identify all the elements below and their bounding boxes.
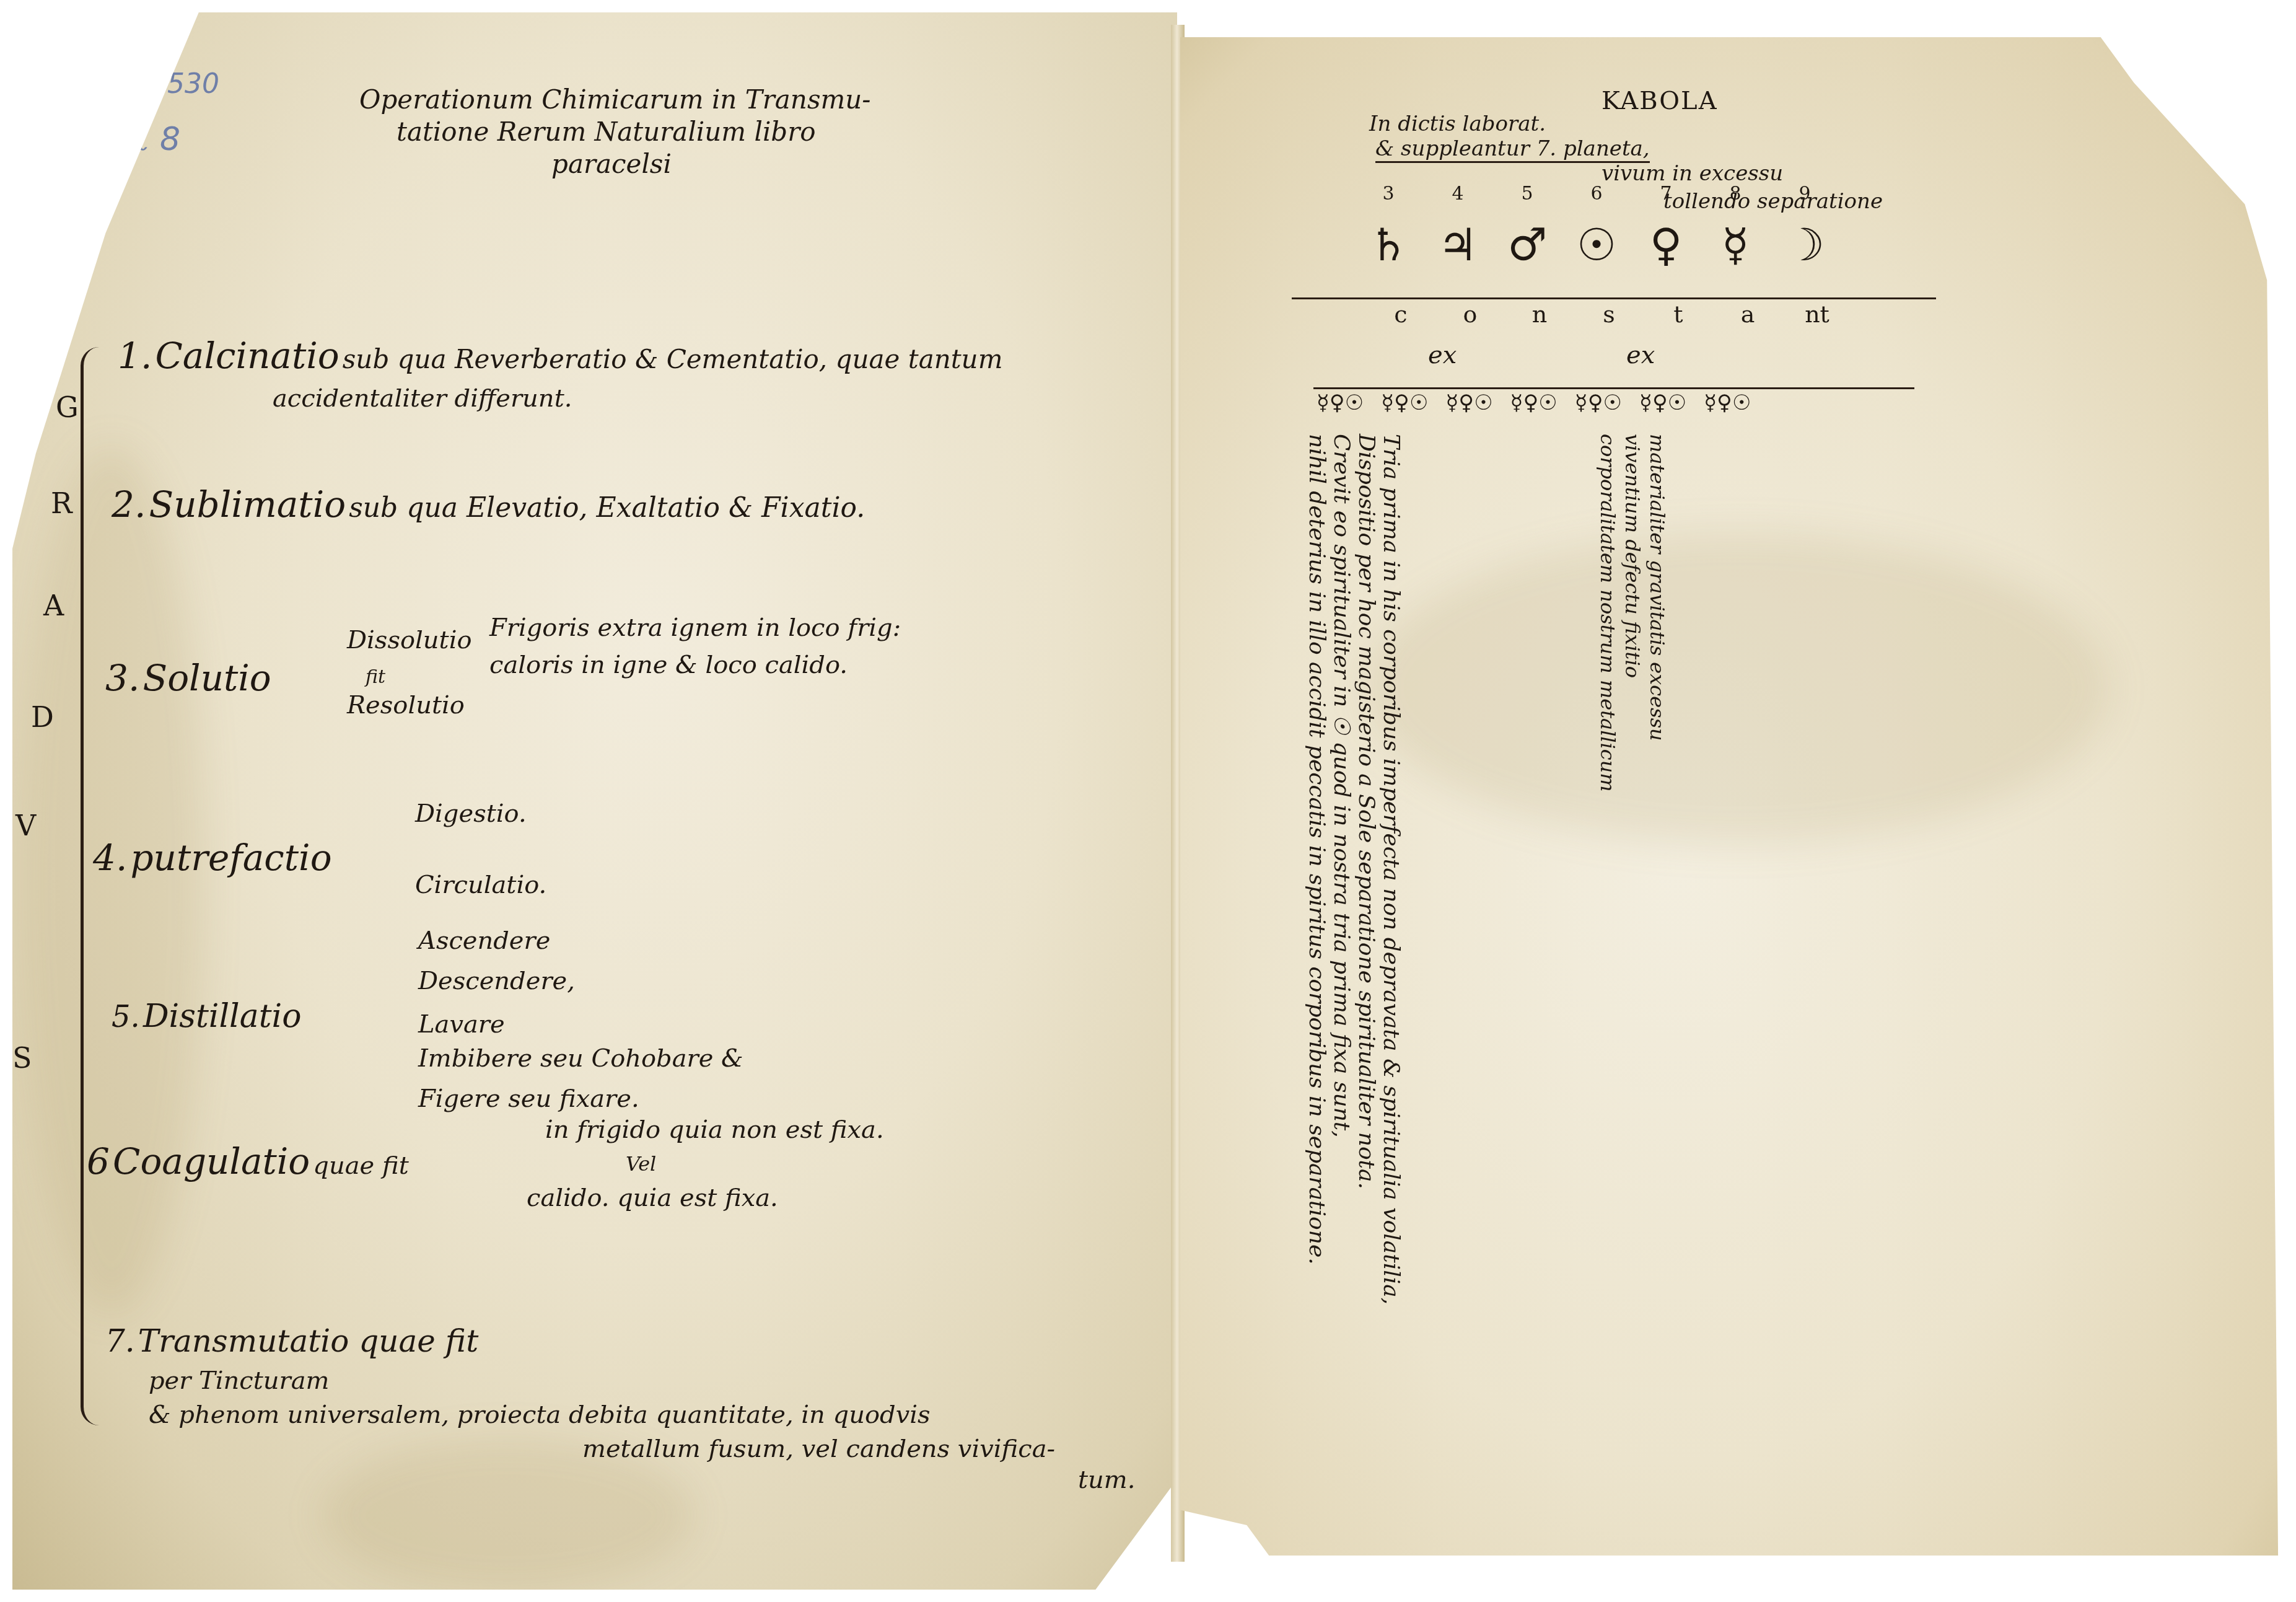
step-3-detail-2: caloris in igne & loco calido. — [489, 651, 848, 679]
step-number: 4. — [93, 837, 127, 879]
step-number: 7. — [105, 1323, 135, 1359]
triad-bracket — [1313, 387, 1914, 389]
grade-brace — [81, 347, 108, 1425]
letter: nt — [1782, 301, 1852, 328]
vertical-line: corporalitatem nostrum metallicum — [1595, 434, 1620, 792]
triad-group: ☿♀☉ — [1575, 390, 1622, 415]
triad-group: ☿♀☉ — [1317, 390, 1364, 415]
triad-group: ☿♀☉ — [1381, 390, 1428, 415]
ex-label-1: ex — [1428, 341, 1457, 369]
triad-group: ☿♀☉ — [1510, 390, 1558, 415]
step-number: 6 — [87, 1140, 110, 1182]
step-3: 3. Solutio — [105, 657, 271, 699]
number: 5 — [1492, 183, 1562, 205]
letter: a — [1713, 301, 1782, 328]
number: 8 — [1701, 183, 1770, 205]
planet-numbers: 3456789 — [1354, 183, 1839, 205]
venus-icon: ♀ — [1631, 220, 1701, 270]
shelf-mark: ℓ 8 — [136, 121, 180, 158]
page-title-line-1: Operationum Chimicarum in Transmu- — [359, 84, 871, 116]
sun-icon: ☉ — [1562, 220, 1631, 270]
jupiter-icon: ♃ — [1423, 220, 1492, 270]
step-1-detail-2: accidentaliter differunt. — [273, 384, 572, 413]
letter: t — [1644, 301, 1713, 328]
step-detail: sub qua Elevatio, Exaltatio & Fixatio. — [349, 492, 865, 524]
intro-line-1: In dictis laborat. — [1369, 112, 1546, 136]
step-7-detail-3: metallum fusum, vel candens vivifica- — [582, 1435, 1055, 1463]
step-3-detail-1: Frigoris extra ignem in loco frig: — [489, 614, 901, 642]
vertical-text-column-2: materialiter gravitatis excessu viventiu… — [1595, 434, 1670, 792]
step-3-note: fit — [366, 663, 385, 692]
margin-letter: S — [12, 1041, 32, 1075]
step-4-branch-1: Digestio. — [415, 799, 527, 828]
number: 7 — [1631, 183, 1701, 205]
step-number: 2. — [112, 483, 146, 526]
triad-group: ☿♀☉ — [1704, 390, 1751, 415]
number: 3 — [1354, 183, 1423, 205]
step-number: 1. — [118, 335, 152, 377]
step-5-branch-2: Descendere, — [418, 967, 575, 995]
vertical-line: materialiter gravitatis excessu — [1645, 434, 1670, 792]
step-4-branch-2: Circulatio. — [415, 871, 546, 899]
step-5-branch-3: Lavare — [418, 1010, 505, 1039]
ex-label-2: ex — [1626, 341, 1655, 369]
step-7-detail-4: tum. — [1078, 1466, 1135, 1494]
step-detail: sub qua Reverberatio & Cementatio, quae … — [343, 344, 1003, 374]
moon-icon: ☽ — [1770, 220, 1839, 270]
constant-letters: constant — [1366, 301, 1852, 328]
step-5-branch-4: Imbibere seu Cohobare & — [418, 1044, 743, 1073]
step-5-branch-1: Ascendere — [418, 926, 550, 955]
step-1: 1. Calcinatio sub qua Reverberatio & Cem… — [118, 335, 1002, 377]
margin-letter: V — [15, 809, 36, 842]
constant-bracket — [1292, 297, 1936, 299]
margin-letter: D — [31, 700, 54, 734]
vertical-line: viventium defectu fixitio — [1620, 434, 1645, 792]
step-5-branch-5: Figere seu fixare. — [418, 1085, 639, 1113]
letter: o — [1435, 301, 1505, 328]
folio-number: 530 — [167, 68, 219, 100]
mars-icon: ♂ — [1492, 220, 1562, 270]
margin-letter: R — [51, 486, 72, 520]
stain — [1366, 533, 2110, 843]
page-title-line-2: tatione Rerum Naturalium libro — [397, 116, 816, 148]
step-number: 5. — [112, 1000, 140, 1034]
step-connector: quae fit — [313, 1151, 408, 1180]
number: 9 — [1770, 183, 1839, 205]
mercury-icon: ☿ — [1701, 220, 1770, 270]
step-7-detail-1: per Tincturam — [149, 1367, 329, 1395]
letter: s — [1574, 301, 1644, 328]
margin-letter: G — [56, 390, 79, 424]
margin-letter: A — [43, 589, 64, 622]
right-page: KABOLA In dictis laborat. & suppleantur … — [1180, 37, 2289, 1556]
letter: c — [1366, 301, 1435, 328]
letter: n — [1505, 301, 1574, 328]
step-7: 7. Transmutatio quae fit — [105, 1323, 478, 1359]
step-label: Sublimatio — [149, 483, 346, 526]
step-7-detail-2: & phenom universalem, proiecta debita qu… — [149, 1401, 931, 1429]
vertical-line: Dispositio per hoc magisterio a Sole sep… — [1354, 434, 1378, 1305]
vertical-line: nihil deterius in illo accidit peccatis … — [1304, 434, 1329, 1305]
step-label: Coagulatio — [113, 1140, 310, 1182]
step-number: 3. — [105, 657, 139, 699]
step-5: 5. Distillatio — [112, 998, 302, 1035]
step-label: Distillatio — [143, 998, 302, 1035]
step-6-branch-2: Vel — [626, 1150, 656, 1178]
step-4: 4. putrefactio — [93, 837, 332, 879]
step-3-branch-1: Dissolutio — [347, 626, 472, 654]
kabola-heading: KABOLA — [1602, 87, 1718, 115]
number: 4 — [1423, 183, 1492, 205]
triad-row: ☿♀☉☿♀☉☿♀☉☿♀☉☿♀☉☿♀☉☿♀☉ — [1317, 390, 1768, 415]
triad-group: ☿♀☉ — [1639, 390, 1686, 415]
left-page: 530 ℓ 8 Operationum Chimicarum in Transm… — [12, 12, 1177, 1590]
step-6: 6 Coagulatio quae fit — [87, 1140, 409, 1182]
intro-line-3: vivum in excessu — [1602, 161, 1783, 186]
intro-line-2: & suppleantur 7. planeta, — [1375, 136, 1650, 163]
planet-symbols: ♄♃♂☉♀☿☽ — [1354, 220, 1839, 270]
step-label: Transmutatio quae fit — [138, 1323, 478, 1359]
step-6-branch-1: in frigido quia non est fixa. — [545, 1116, 884, 1144]
step-6-branch-3: calido. quia est fixa. — [527, 1184, 778, 1212]
step-label: Solutio — [142, 657, 271, 699]
vertical-line: Crevit eo spiritualiter in ☉ quod in nos… — [1329, 434, 1354, 1305]
step-label: Calcinatio — [155, 335, 339, 377]
vertical-line: Tria prima in his corporibus imperfecta … — [1378, 434, 1403, 1305]
step-3-branch-2: Resolutio — [347, 691, 465, 720]
step-2: 2. Sublimatio sub qua Elevatio, Exaltati… — [112, 483, 865, 526]
page-title-line-3: paracelsi — [551, 148, 672, 180]
step-label: putrefactio — [130, 837, 331, 879]
saturn-icon: ♄ — [1354, 220, 1423, 270]
number: 6 — [1562, 183, 1631, 205]
stain — [19, 446, 204, 1314]
triad-group: ☿♀☉ — [1445, 390, 1492, 415]
vertical-text-column-1: Tria prima in his corporibus imperfecta … — [1304, 434, 1403, 1305]
